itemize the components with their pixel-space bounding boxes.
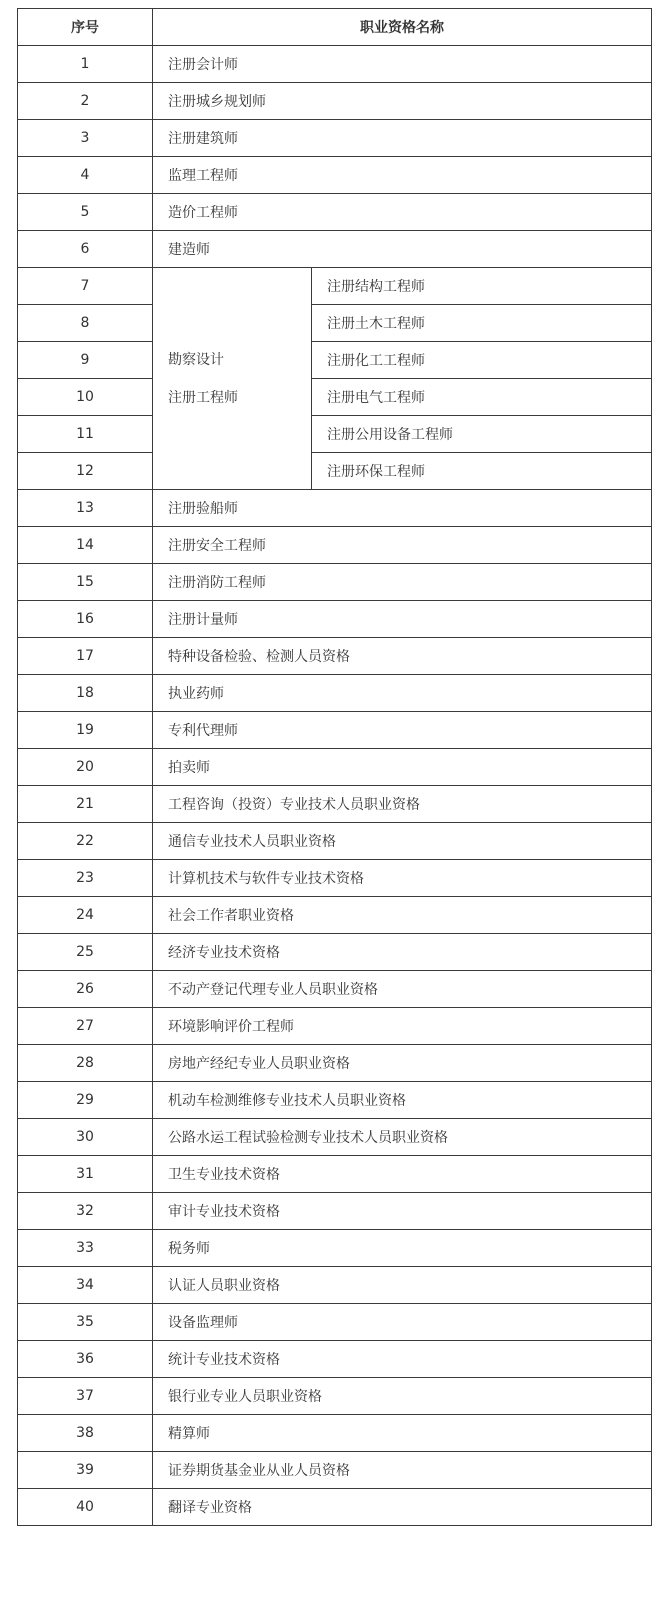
row-number: 2 <box>18 83 153 120</box>
table-header-row: 序号 职业资格名称 <box>18 9 652 46</box>
row-number: 40 <box>18 1489 153 1526</box>
table-row: 9注册化工工程师 <box>18 342 652 379</box>
table-row: 24 社会工作者职业资格 <box>18 897 652 934</box>
qualification-name: 审计专业技术资格 <box>153 1193 652 1230</box>
table-row: 13 注册验船师 <box>18 490 652 527</box>
row-number: 7 <box>18 268 153 305</box>
row-number: 13 <box>18 490 153 527</box>
row-number: 38 <box>18 1415 153 1452</box>
table-row: 2 注册城乡规划师 <box>18 83 652 120</box>
qualification-name: 银行业专业人员职业资格 <box>153 1378 652 1415</box>
qualification-name: 注册验船师 <box>153 490 652 527</box>
table-row: 4 监理工程师 <box>18 157 652 194</box>
table-row: 20 拍卖师 <box>18 749 652 786</box>
qualification-name: 建造师 <box>153 231 652 268</box>
table-row: 35 设备监理师 <box>18 1304 652 1341</box>
qualification-name: 特种设备检验、检测人员资格 <box>153 638 652 675</box>
qualification-name: 注册化工工程师 <box>312 342 652 379</box>
qualification-name: 注册土木工程师 <box>312 305 652 342</box>
row-number: 12 <box>18 453 153 490</box>
table-row: 31 卫生专业技术资格 <box>18 1156 652 1193</box>
qualification-name: 通信专业技术人员职业资格 <box>153 823 652 860</box>
row-number: 27 <box>18 1008 153 1045</box>
table-row: 3 注册建筑师 <box>18 120 652 157</box>
table-row: 19 专利代理师 <box>18 712 652 749</box>
row-number: 17 <box>18 638 153 675</box>
table-row: 21 工程咨询（投资）专业技术人员职业资格 <box>18 786 652 823</box>
table-row: 34 认证人员职业资格 <box>18 1267 652 1304</box>
qualification-name: 税务师 <box>153 1230 652 1267</box>
table-row: 27 环境影响评价工程师 <box>18 1008 652 1045</box>
qualification-name: 经济专业技术资格 <box>153 934 652 971</box>
table-row: 37 银行业专业人员职业资格 <box>18 1378 652 1415</box>
qualification-name: 计算机技术与软件专业技术资格 <box>153 860 652 897</box>
qualification-name: 造价工程师 <box>153 194 652 231</box>
group-label: 勘察设计 注册工程师 <box>153 268 312 490</box>
table-row: 32 审计专业技术资格 <box>18 1193 652 1230</box>
table-body: 1 注册会计师 2 注册城乡规划师 3 注册建筑师 4 监理工程师 5 造价工程… <box>18 46 652 1526</box>
table-row: 7 勘察设计 注册工程师 注册结构工程师 <box>18 268 652 305</box>
header-index: 序号 <box>18 9 153 46</box>
row-number: 21 <box>18 786 153 823</box>
table-row: 23 计算机技术与软件专业技术资格 <box>18 860 652 897</box>
group-label-line1: 勘察设计 <box>168 341 311 379</box>
table-row: 12注册环保工程师 <box>18 453 652 490</box>
row-number: 39 <box>18 1452 153 1489</box>
qualification-name: 精算师 <box>153 1415 652 1452</box>
table-row: 1 注册会计师 <box>18 46 652 83</box>
row-number: 8 <box>18 305 153 342</box>
header-name: 职业资格名称 <box>153 9 652 46</box>
row-number: 28 <box>18 1045 153 1082</box>
row-number: 3 <box>18 120 153 157</box>
qualification-name: 机动车检测维修专业技术人员职业资格 <box>153 1082 652 1119</box>
table-row: 10注册电气工程师 <box>18 379 652 416</box>
row-number: 1 <box>18 46 153 83</box>
qualification-name: 专利代理师 <box>153 712 652 749</box>
qualification-name: 卫生专业技术资格 <box>153 1156 652 1193</box>
table-row: 8注册土木工程师 <box>18 305 652 342</box>
table-row: 6 建造师 <box>18 231 652 268</box>
qualification-name: 认证人员职业资格 <box>153 1267 652 1304</box>
row-number: 20 <box>18 749 153 786</box>
row-number: 11 <box>18 416 153 453</box>
table-row: 14 注册安全工程师 <box>18 527 652 564</box>
row-number: 29 <box>18 1082 153 1119</box>
row-number: 35 <box>18 1304 153 1341</box>
qualification-name: 证券期货基金业从业人员资格 <box>153 1452 652 1489</box>
row-number: 15 <box>18 564 153 601</box>
qualification-name: 注册会计师 <box>153 46 652 83</box>
qualification-name: 注册结构工程师 <box>312 268 652 305</box>
table-row: 28 房地产经纪专业人员职业资格 <box>18 1045 652 1082</box>
qualification-name: 注册公用设备工程师 <box>312 416 652 453</box>
table-row: 15 注册消防工程师 <box>18 564 652 601</box>
qualification-name: 注册电气工程师 <box>312 379 652 416</box>
qualification-name: 翻译专业资格 <box>153 1489 652 1526</box>
table-row: 33 税务师 <box>18 1230 652 1267</box>
table-row: 39 证券期货基金业从业人员资格 <box>18 1452 652 1489</box>
row-number: 6 <box>18 231 153 268</box>
qualification-name: 公路水运工程试验检测专业技术人员职业资格 <box>153 1119 652 1156</box>
qualification-name: 执业药师 <box>153 675 652 712</box>
row-number: 33 <box>18 1230 153 1267</box>
qualification-name: 统计专业技术资格 <box>153 1341 652 1378</box>
row-number: 19 <box>18 712 153 749</box>
qualification-name: 注册安全工程师 <box>153 527 652 564</box>
table-row: 22 通信专业技术人员职业资格 <box>18 823 652 860</box>
row-number: 5 <box>18 194 153 231</box>
qualification-name: 设备监理师 <box>153 1304 652 1341</box>
table-row: 25 经济专业技术资格 <box>18 934 652 971</box>
qualification-name: 环境影响评价工程师 <box>153 1008 652 1045</box>
table-row: 16 注册计量师 <box>18 601 652 638</box>
table-row: 5 造价工程师 <box>18 194 652 231</box>
row-number: 36 <box>18 1341 153 1378</box>
qualification-name: 监理工程师 <box>153 157 652 194</box>
row-number: 4 <box>18 157 153 194</box>
row-number: 25 <box>18 934 153 971</box>
row-number: 22 <box>18 823 153 860</box>
table-row: 11注册公用设备工程师 <box>18 416 652 453</box>
qualification-table: 序号 职业资格名称 1 注册会计师 2 注册城乡规划师 3 注册建筑师 4 监理… <box>17 8 652 1526</box>
qualification-name: 工程咨询（投资）专业技术人员职业资格 <box>153 786 652 823</box>
qualification-name: 注册计量师 <box>153 601 652 638</box>
row-number: 16 <box>18 601 153 638</box>
row-number: 34 <box>18 1267 153 1304</box>
qualification-name: 拍卖师 <box>153 749 652 786</box>
row-number: 10 <box>18 379 153 416</box>
table-row: 26 不动产登记代理专业人员职业资格 <box>18 971 652 1008</box>
row-number: 9 <box>18 342 153 379</box>
row-number: 37 <box>18 1378 153 1415</box>
qualification-name: 不动产登记代理专业人员职业资格 <box>153 971 652 1008</box>
qualification-name: 注册建筑师 <box>153 120 652 157</box>
row-number: 26 <box>18 971 153 1008</box>
row-number: 23 <box>18 860 153 897</box>
table-row: 40 翻译专业资格 <box>18 1489 652 1526</box>
row-number: 24 <box>18 897 153 934</box>
table-row: 30 公路水运工程试验检测专业技术人员职业资格 <box>18 1119 652 1156</box>
table-row: 18 执业药师 <box>18 675 652 712</box>
row-number: 18 <box>18 675 153 712</box>
row-number: 32 <box>18 1193 153 1230</box>
qualification-name: 房地产经纪专业人员职业资格 <box>153 1045 652 1082</box>
row-number: 14 <box>18 527 153 564</box>
table-row: 38 精算师 <box>18 1415 652 1452</box>
table-row: 29 机动车检测维修专业技术人员职业资格 <box>18 1082 652 1119</box>
table-row: 36 统计专业技术资格 <box>18 1341 652 1378</box>
group-label-line2: 注册工程师 <box>168 379 311 417</box>
row-number: 30 <box>18 1119 153 1156</box>
qualification-name: 注册城乡规划师 <box>153 83 652 120</box>
row-number: 31 <box>18 1156 153 1193</box>
qualification-name: 注册环保工程师 <box>312 453 652 490</box>
table-row: 17 特种设备检验、检测人员资格 <box>18 638 652 675</box>
qualification-name: 社会工作者职业资格 <box>153 897 652 934</box>
qualification-name: 注册消防工程师 <box>153 564 652 601</box>
